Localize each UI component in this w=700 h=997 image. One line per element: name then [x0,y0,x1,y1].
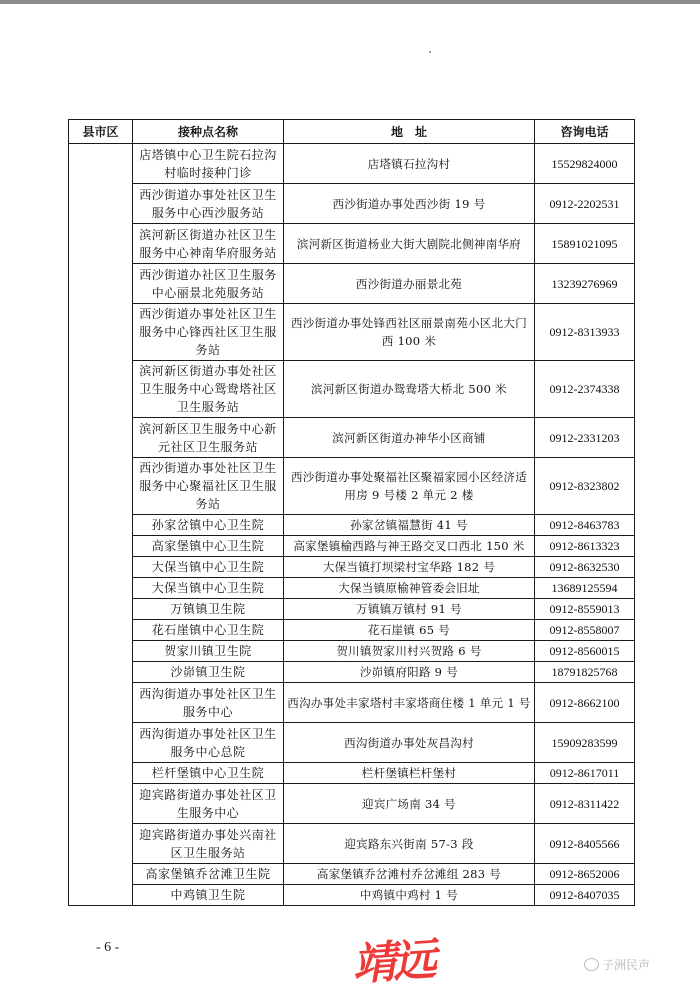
address-cell: 店塔镇石拉沟村 [284,144,535,184]
phone-cell: 0912-8405566 [535,824,635,864]
phone-cell: 13239276969 [535,264,635,304]
address-cell: 滨河新区街道杨业大街大剧院北侧神南华府 [284,224,535,264]
address-cell: 迎宾路东兴街南 57-3 段 [284,824,535,864]
table-row: 西沟街道办事处社区卫生服务中心总院西沟街道办事处灰昌沟村15909283599 [69,723,635,763]
phone-cell: 0912-2202531 [535,184,635,224]
phone-cell: 0912-8652006 [535,864,635,885]
address-cell: 万镇镇万镇村 91 号 [284,599,535,620]
header-address: 地 址 [284,120,535,144]
site-name-cell: 大保当镇中心卫生院 [133,578,284,599]
watermark: 子洲民声 [584,956,650,973]
address-cell: 高家堡镇榆西路与神王路交叉口西北 150 米 [284,536,535,557]
site-name-cell: 滨河新区街道办社区卫生服务中心神南华府服务站 [133,224,284,264]
table-row: 迎宾路街道办事处社区卫生服务中心迎宾广场南 34 号0912-8311422 [69,784,635,824]
top-border [0,0,700,4]
table-row: 迎宾路街道办事处兴南社区卫生服务站迎宾路东兴街南 57-3 段0912-8405… [69,824,635,864]
scan-speck [429,51,431,53]
address-cell: 滨河新区街道办神华小区商铺 [284,418,535,458]
address-cell: 孙家岔镇福慧街 41 号 [284,515,535,536]
address-cell: 滨河新区街道办鸳鸯塔大桥北 500 米 [284,361,535,418]
phone-cell: 0912-8632530 [535,557,635,578]
address-cell: 西沙街道办事处西沙街 19 号 [284,184,535,224]
site-name-cell: 西沙街道办事处社区卫生服务中心聚福社区卫生服务站 [133,458,284,515]
table-row: 西沟街道办事处社区卫生服务中心西沟办事处丰家塔村丰家塔商住楼 1 单元 1 号0… [69,683,635,723]
site-name-cell: 贺家川镇卫生院 [133,641,284,662]
address-cell: 中鸡镇中鸡村 1 号 [284,885,535,906]
site-name-cell: 西沟街道办事处社区卫生服务中心总院 [133,723,284,763]
site-name-cell: 大保当镇中心卫生院 [133,557,284,578]
phone-cell: 0912-8662100 [535,683,635,723]
table-row: 西沙街道办事处社区卫生服务中心锋西社区卫生服务站西沙街道办事处锋西社区丽景南苑小… [69,304,635,361]
table-row: 大保当镇中心卫生院大保当镇原榆神管委会旧址13689125594 [69,578,635,599]
phone-cell: 0912-8560015 [535,641,635,662]
phone-cell: 0912-8313933 [535,304,635,361]
table-row: 滨河新区街道办社区卫生服务中心神南华府服务站滨河新区街道杨业大街大剧院北侧神南华… [69,224,635,264]
site-name-cell: 迎宾路街道办事处兴南社区卫生服务站 [133,824,284,864]
table-row: 滨河新区卫生服务中心新元社区卫生服务站滨河新区街道办神华小区商铺0912-233… [69,418,635,458]
county-cell [69,144,133,906]
address-cell: 沙峁镇府阳路 9 号 [284,662,535,683]
table-header-row: 县市区 接种点名称 地 址 咨询电话 [69,120,635,144]
table-row: 中鸡镇卫生院中鸡镇中鸡村 1 号0912-8407035 [69,885,635,906]
address-cell: 西沙街道办事处锋西社区丽景南苑小区北大门西 100 米 [284,304,535,361]
site-name-cell: 西沟街道办事处社区卫生服务中心 [133,683,284,723]
site-name-cell: 滨河新区卫生服务中心新元社区卫生服务站 [133,418,284,458]
phone-cell: 0912-8407035 [535,885,635,906]
phone-cell: 15529824000 [535,144,635,184]
table-row: 高家堡镇中心卫生院高家堡镇榆西路与神王路交叉口西北 150 米0912-8613… [69,536,635,557]
address-cell: 迎宾广场南 34 号 [284,784,535,824]
site-name-cell: 西沙街道办事处社区卫生服务中心锋西社区卫生服务站 [133,304,284,361]
site-name-cell: 迎宾路街道办事处社区卫生服务中心 [133,784,284,824]
table-row: 西沙街道办事处社区卫生服务中心聚福社区卫生服务站西沙街道办事处聚福社区聚福家园小… [69,458,635,515]
address-cell: 高家堡镇乔岔滩村乔岔滩组 283 号 [284,864,535,885]
phone-cell: 15909283599 [535,723,635,763]
vaccination-sites-table: 县市区 接种点名称 地 址 咨询电话 店塔镇中心卫生院石拉沟村临时接种门诊店塔镇… [68,119,635,906]
phone-cell: 15891021095 [535,224,635,264]
page-number: - 6 - [96,940,119,956]
table-row: 滨河新区街道办事处社区卫生服务中心鸳鸯塔社区卫生服务站滨河新区街道办鸳鸯塔大桥北… [69,361,635,418]
site-name-cell: 沙峁镇卫生院 [133,662,284,683]
header-county: 县市区 [69,120,133,144]
table-row: 孙家岔镇中心卫生院孙家岔镇福慧街 41 号0912-8463783 [69,515,635,536]
phone-cell: 0912-8558007 [535,620,635,641]
phone-cell: 0912-8311422 [535,784,635,824]
table-row: 沙峁镇卫生院沙峁镇府阳路 9 号18791825768 [69,662,635,683]
site-name-cell: 栏杆堡镇中心卫生院 [133,763,284,784]
site-name-cell: 中鸡镇卫生院 [133,885,284,906]
table-row: 栏杆堡镇中心卫生院栏杆堡镇栏杆堡村0912-8617011 [69,763,635,784]
site-name-cell: 西沙街道办事处社区卫生服务中心西沙服务站 [133,184,284,224]
address-cell: 贺川镇贺家川村兴贺路 6 号 [284,641,535,662]
site-name-cell: 万镇镇卫生院 [133,599,284,620]
site-name-cell: 西沙街道办社区卫生服务中心丽景北苑服务站 [133,264,284,304]
address-cell: 栏杆堡镇栏杆堡村 [284,763,535,784]
wechat-icon [584,958,599,971]
address-cell: 大保当镇原榆神管委会旧址 [284,578,535,599]
table-row: 西沙街道办社区卫生服务中心丽景北苑服务站西沙街道办丽景北苑13239276969 [69,264,635,304]
table-row: 大保当镇中心卫生院大保当镇打坝梁村宝华路 182 号0912-8632530 [69,557,635,578]
address-cell: 西沟街道办事处灰昌沟村 [284,723,535,763]
watermark-text: 子洲民声 [602,956,650,973]
table-row: 贺家川镇卫生院贺川镇贺家川村兴贺路 6 号0912-8560015 [69,641,635,662]
phone-cell: 18791825768 [535,662,635,683]
address-cell: 大保当镇打坝梁村宝华路 182 号 [284,557,535,578]
address-cell: 西沟办事处丰家塔村丰家塔商住楼 1 单元 1 号 [284,683,535,723]
address-cell: 西沙街道办事处聚福社区聚福家园小区经济适用房 9 号楼 2 单元 2 楼 [284,458,535,515]
header-site-name: 接种点名称 [133,120,284,144]
phone-cell: 0912-8613323 [535,536,635,557]
address-cell: 西沙街道办丽景北苑 [284,264,535,304]
site-name-cell: 孙家岔镇中心卫生院 [133,515,284,536]
site-name-cell: 花石崖镇中心卫生院 [133,620,284,641]
phone-cell: 13689125594 [535,578,635,599]
phone-cell: 0912-8323802 [535,458,635,515]
site-name-cell: 高家堡镇乔岔滩卫生院 [133,864,284,885]
table-row: 西沙街道办事处社区卫生服务中心西沙服务站西沙街道办事处西沙街 19 号0912-… [69,184,635,224]
table-row: 店塔镇中心卫生院石拉沟村临时接种门诊店塔镇石拉沟村15529824000 [69,144,635,184]
header-phone: 咨询电话 [535,120,635,144]
phone-cell: 0912-8463783 [535,515,635,536]
site-name-cell: 高家堡镇中心卫生院 [133,536,284,557]
phone-cell: 0912-2331203 [535,418,635,458]
site-name-cell: 店塔镇中心卫生院石拉沟村临时接种门诊 [133,144,284,184]
phone-cell: 0912-8559013 [535,599,635,620]
phone-cell: 0912-2374338 [535,361,635,418]
table-row: 万镇镇卫生院万镇镇万镇村 91 号0912-8559013 [69,599,635,620]
site-name-cell: 滨河新区街道办事处社区卫生服务中心鸳鸯塔社区卫生服务站 [133,361,284,418]
address-cell: 花石崖镇 65 号 [284,620,535,641]
signature-stamp: 靖远 [350,923,434,992]
table-row: 高家堡镇乔岔滩卫生院高家堡镇乔岔滩村乔岔滩组 283 号0912-8652006 [69,864,635,885]
phone-cell: 0912-8617011 [535,763,635,784]
table-row: 花石崖镇中心卫生院花石崖镇 65 号0912-8558007 [69,620,635,641]
